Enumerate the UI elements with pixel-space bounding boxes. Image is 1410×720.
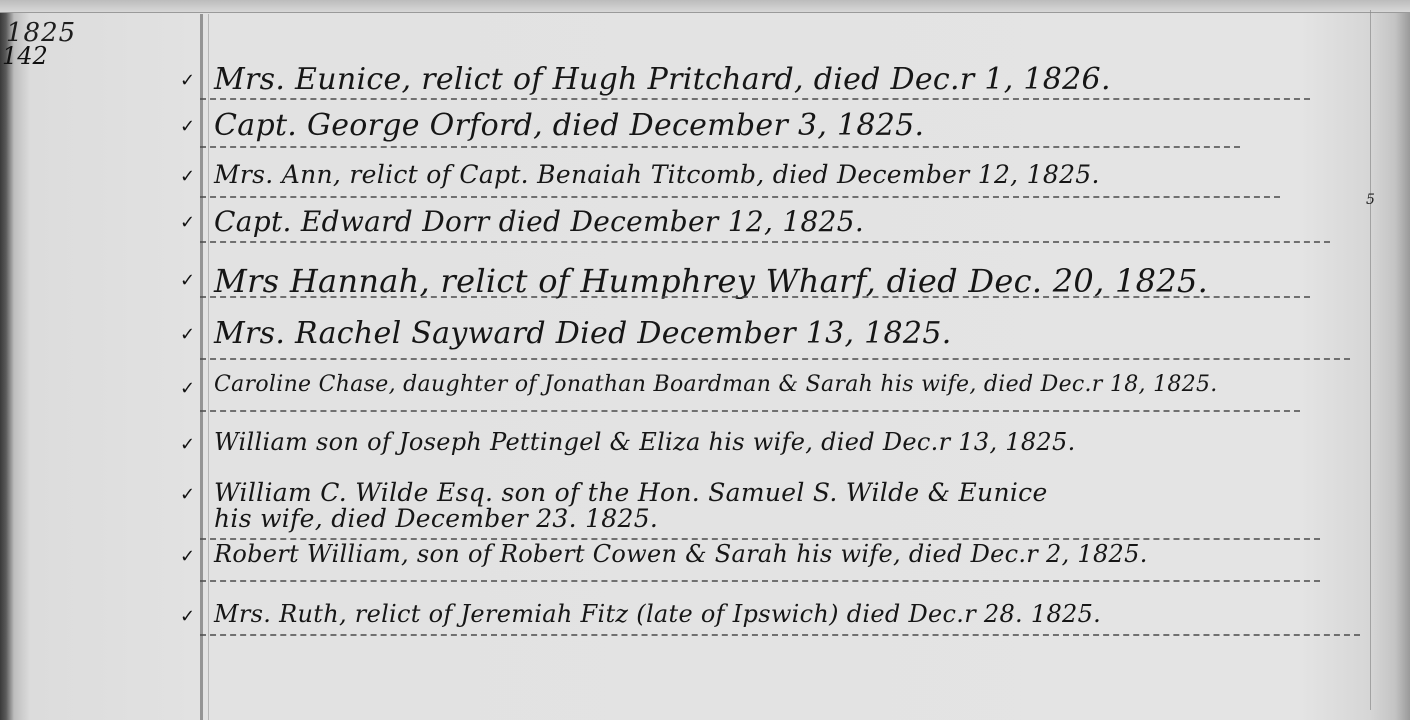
checkmark-icon: ✓ [180,116,195,137]
entry-text: Mrs. Ann, relict of Capt. Benaiah Titcom… [214,160,1100,189]
ruled-line [200,146,1240,148]
entry-text: Capt. George Orford, died December 3, 18… [214,108,924,143]
entry-text: William C. Wilde Esq. son of the Hon. Sa… [214,478,1048,507]
page-number: 142 [2,42,48,70]
left-margin-rule-inner [208,14,209,720]
checkmark-icon: ✓ [180,70,195,91]
register-page: 1825 142 5 ✓Mrs. Eunice, relict of Hugh … [0,0,1410,720]
entry-text: Caroline Chase, daughter of Jonathan Boa… [214,372,1218,397]
entry-text: William son of Joseph Pettingel & Eliza … [214,428,1076,456]
ruled-line [200,241,1330,243]
ruled-line [200,196,1280,198]
entry-text: Mrs. Ruth, relict of Jeremiah Fitz (late… [214,600,1101,628]
checkmark-icon: ✓ [180,546,195,567]
checkmark-icon: ✓ [180,270,195,291]
checkmark-icon: ✓ [180,212,195,233]
ruled-line [200,410,1300,412]
entry-text: Robert William, son of Robert Cowen & Sa… [214,540,1148,568]
checkmark-icon: ✓ [180,324,195,345]
entry-text: his wife, died December 23. 1825. [214,504,658,533]
entry-text: Capt. Edward Dorr died December 12, 1825… [214,205,864,238]
checkmark-icon: ✓ [180,606,195,627]
ruled-line [200,634,1360,636]
ruled-line [200,580,1320,582]
ruled-line [200,98,1310,100]
checkmark-icon: ✓ [180,378,195,399]
page-top-edge [0,0,1410,13]
checkmark-icon: ✓ [180,484,195,505]
entry-text: Mrs. Eunice, relict of Hugh Pritchard, d… [214,62,1111,97]
right-page-fold [1370,10,1375,710]
checkmark-icon: ✓ [180,166,195,187]
ruled-line [200,296,1310,298]
checkmark-icon: ✓ [180,434,195,455]
ruled-line [200,358,1350,360]
left-margin-rule [200,14,203,720]
side-mark: 5 [1366,192,1375,208]
entry-text: Mrs Hannah, relict of Humphrey Wharf, di… [214,262,1208,300]
entry-text: Mrs. Rachel Sayward Died December 13, 18… [214,316,952,351]
